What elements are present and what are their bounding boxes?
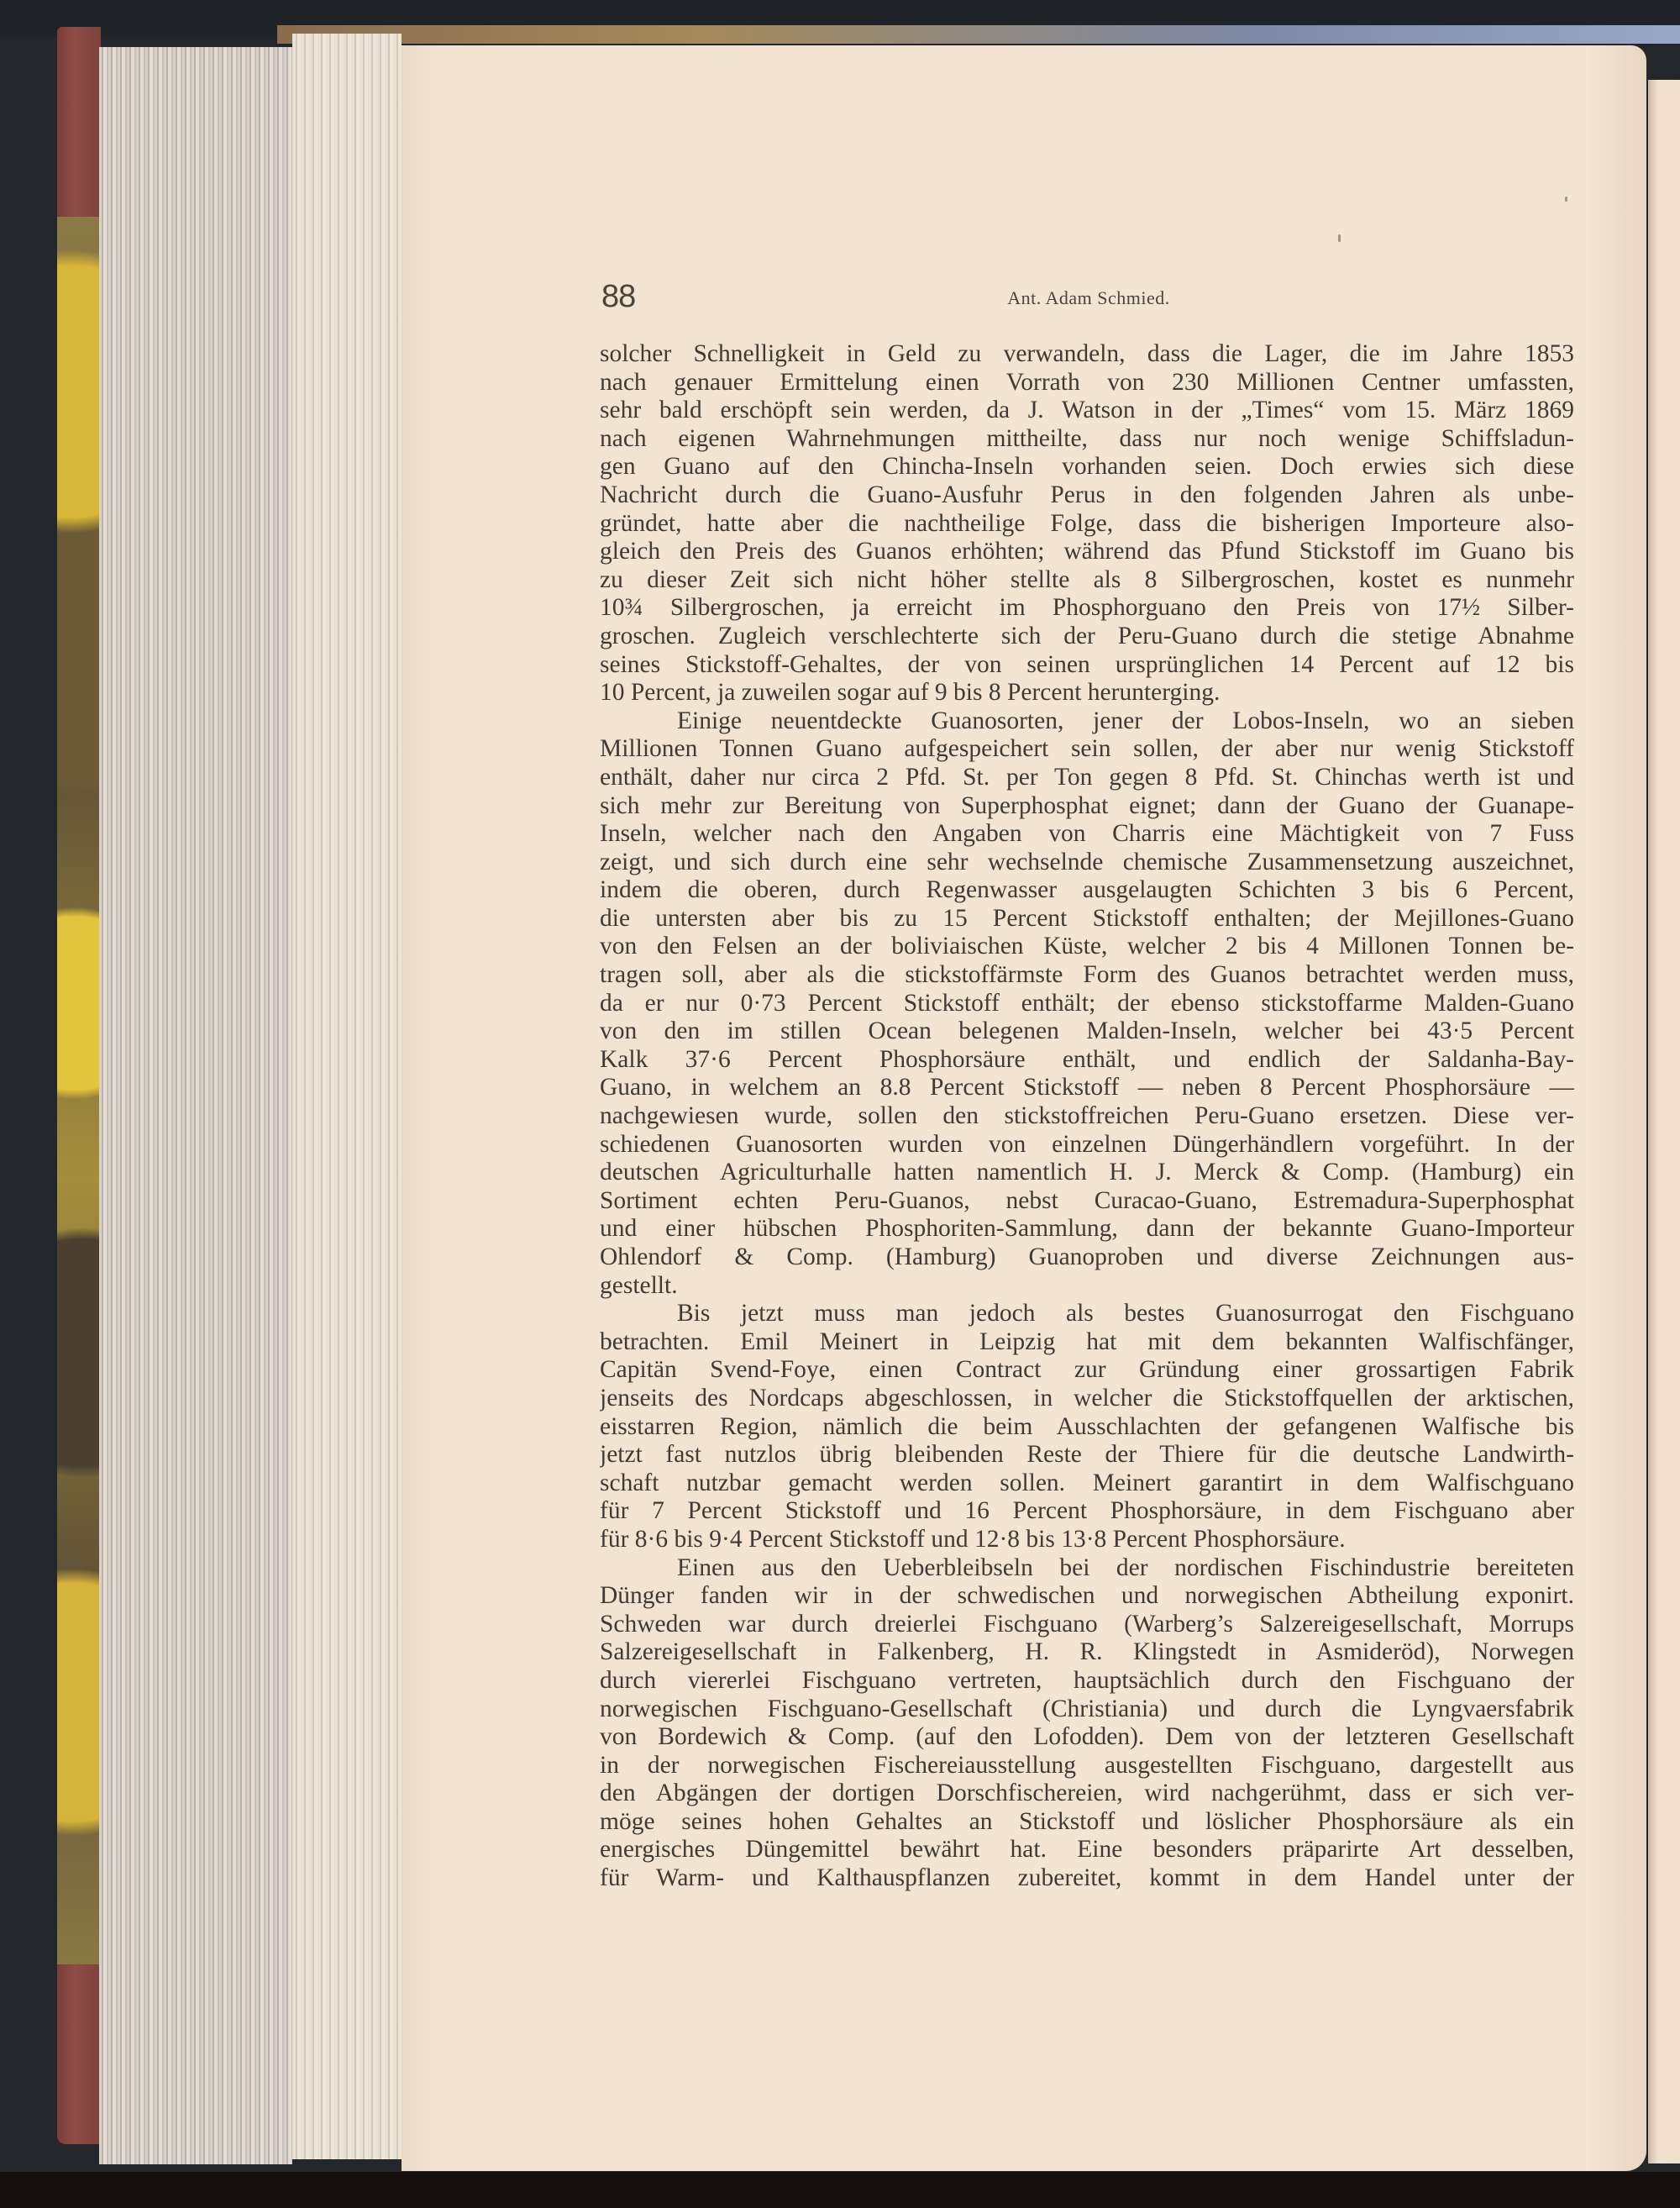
- text-line: jetzt fast nutzlos übrig bleibenden Rest…: [600, 1441, 1574, 1469]
- text-line: 10 Percent, ja zuweilen sogar auf 9 bis …: [600, 679, 1574, 707]
- text-line: nach eigenen Wahrnehmungen mittheilte, d…: [600, 425, 1574, 454]
- next-page-edge: [1648, 80, 1680, 2163]
- text-line: solcher Schnelligkeit in Geld zu verwand…: [600, 340, 1574, 369]
- text-line: in der norwegischen Fischereiausstellung…: [600, 1752, 1574, 1780]
- text-line: und einer hübschen Phosphoriten-Sammlung…: [600, 1215, 1574, 1243]
- text-line: sehr bald erschöpft sein werden, da J. W…: [600, 397, 1574, 425]
- text-line: für Warm- und Kalthauspflanzen zubereite…: [600, 1864, 1574, 1893]
- paper-speck: [1565, 197, 1567, 202]
- text-line: sich mehr zur Bereitung von Superphospha…: [600, 792, 1574, 821]
- text-line: Capitän Svend-Foye, einen Contract zur G…: [600, 1356, 1574, 1385]
- text-line: Kalk 37·6 Percent Phosphorsäure enthält,…: [600, 1046, 1574, 1075]
- page-header: 88 Ant. Adam Schmied.: [601, 279, 1576, 321]
- text-line: Ohlendorf & Comp. (Hamburg) Guanoproben …: [600, 1243, 1574, 1272]
- text-line: jenseits des Nordcaps abgeschlossen, in …: [600, 1385, 1574, 1413]
- text-line: Guano, in welchem an 8.8 Percent Stickst…: [600, 1074, 1574, 1102]
- paragraph-2: Einige neuentdeckte Guanosorten, jener d…: [600, 707, 1574, 1300]
- text-line: enthält, daher nur circa 2 Pfd. St. per …: [600, 764, 1574, 792]
- text-line: nachgewiesen wurde, sollen den stickstof…: [600, 1102, 1574, 1131]
- text-line: indem die oberen, durch Regenwasser ausg…: [600, 876, 1574, 905]
- text-line: von den im stillen Ocean belegenen Malde…: [600, 1017, 1574, 1046]
- background-bottom: [0, 2172, 1680, 2208]
- text-line: groschen. Zugleich verschlechterte sich …: [600, 623, 1574, 651]
- book-cover-marbled-paper: [57, 217, 101, 1964]
- text-line: Schweden war durch dreierlei Fischguano …: [600, 1611, 1574, 1639]
- text-line: Sortiment echten Peru-Guanos, nebst Cura…: [600, 1187, 1574, 1216]
- page-edges-gutter: [292, 34, 402, 2159]
- paragraph-1: solcher Schnelligkeit in Geld zu verwand…: [600, 340, 1574, 707]
- text-line: den Abgängen der dortigen Dorschfischere…: [600, 1780, 1574, 1808]
- paper-speck: [1338, 234, 1341, 242]
- text-line: Dünger fanden wir in der schwedischen un…: [600, 1582, 1574, 1611]
- book-cover-top-edge: [277, 25, 1680, 44]
- text-line: eisstarren Region, nämlich die beim Auss…: [600, 1413, 1574, 1442]
- text-line: Inseln, welcher nach den Angaben von Cha…: [600, 820, 1574, 849]
- text-line: 10¾ Silbergroschen, ja erreicht im Phosp…: [600, 594, 1574, 623]
- text-line: möge seines hohen Gehaltes an Stickstoff…: [600, 1808, 1574, 1837]
- text-line: schiedenen Guanosorten wurden von einzel…: [600, 1131, 1574, 1159]
- text-line: Einen aus den Ueberbleibseln bei der nor…: [600, 1554, 1574, 1583]
- text-line: gleich den Preis des Guanos erhöhten; wä…: [600, 538, 1574, 566]
- text-line: schaft nutzbar gemacht werden sollen. Me…: [600, 1469, 1574, 1498]
- text-line: seines Stickstoff-Gehaltes, der von sein…: [600, 651, 1574, 680]
- text-line: norwegischen Fischguano-Gesellschaft (Ch…: [600, 1695, 1574, 1724]
- page-edges-left: [99, 47, 292, 2164]
- text-line: Bis jetzt muss man jedoch als bestes Gua…: [600, 1300, 1574, 1328]
- text-line: deutschen Agriculturhalle hatten namentl…: [600, 1159, 1574, 1187]
- running-title: Ant. Adam Schmied.: [601, 287, 1576, 309]
- text-line: zeigt, und sich durch eine sehr wechseln…: [600, 849, 1574, 877]
- body-text: solcher Schnelligkeit in Geld zu verwand…: [600, 340, 1574, 1893]
- text-line: für 8·6 bis 9·4 Percent Stickstoff und 1…: [600, 1526, 1574, 1554]
- text-line: Nachricht durch die Guano-Ausfuhr Perus …: [600, 481, 1574, 510]
- text-line: die untersten aber bis zu 15 Percent Sti…: [600, 905, 1574, 933]
- text-line: Salzereigesellschaft in Falkenberg, H. R…: [600, 1638, 1574, 1667]
- paragraph-4: Einen aus den Ueberbleibseln bei der nor…: [600, 1554, 1574, 1893]
- text-line: betrachten. Emil Meinert in Leipzig hat …: [600, 1328, 1574, 1357]
- text-line: energisches Düngemittel bewährt hat. Ein…: [600, 1836, 1574, 1864]
- text-line: Einige neuentdeckte Guanosorten, jener d…: [600, 707, 1574, 736]
- text-line: für 7 Percent Stickstoff und 16 Percent …: [600, 1497, 1574, 1526]
- text-line: gen Guano auf den Chincha-Inseln vorhand…: [600, 453, 1574, 481]
- text-line: da er nur 0·73 Percent Stickstoff enthäl…: [600, 990, 1574, 1018]
- text-line: nach genauer Ermittelung einen Vorrath v…: [600, 369, 1574, 397]
- text-line: gründet, hatte aber die nachtheilige Fol…: [600, 510, 1574, 539]
- text-line: von den Felsen an der boliviaischen Küst…: [600, 933, 1574, 961]
- text-line: Millionen Tonnen Guano aufgespeichert se…: [600, 735, 1574, 764]
- text-line: durch viererlei Fischguano vertreten, ha…: [600, 1667, 1574, 1695]
- text-line: zu dieser Zeit sich nicht höher stellte …: [600, 566, 1574, 595]
- text-line: gestellt.: [600, 1272, 1574, 1301]
- text-line: tragen soll, aber als die stickstoffärms…: [600, 961, 1574, 990]
- text-line: von Bordewich & Comp. (auf den Lofodden)…: [600, 1723, 1574, 1752]
- paragraph-3: Bis jetzt muss man jedoch als bestes Gua…: [600, 1300, 1574, 1553]
